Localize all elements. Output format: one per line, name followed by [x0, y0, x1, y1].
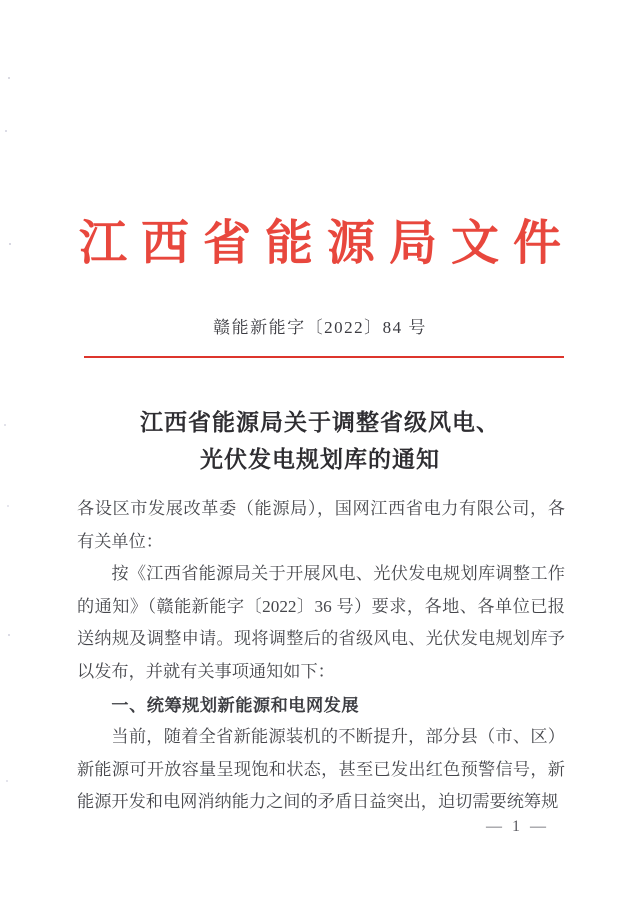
- paragraph-1: 按《江西省能源局关于开展风电、光伏发电规划库调整工作的通知》（赣能新能字〔202…: [77, 558, 565, 688]
- document-title-line1: 江西省能源局关于调整省级风电、: [0, 404, 640, 441]
- agency-banner: 江西省能源局文件: [0, 204, 640, 284]
- document-title-line2: 光伏发电规划库的通知: [0, 441, 640, 478]
- document-number: 赣能新能字〔2022〕84 号: [0, 316, 640, 340]
- section-heading-1: 一、统筹规划新能源和电网发展: [77, 689, 565, 722]
- red-divider: [84, 356, 564, 358]
- scan-noise: [0, 0, 2, 2]
- salutation: 各设区市发展改革委（能源局），国网江西省电力有限公司，各有关单位：: [77, 493, 565, 558]
- page-number: — 1 —: [486, 816, 549, 838]
- document-page: 江西省能源局文件 赣能新能字〔2022〕84 号 江西省能源局关于调整省级风电、…: [0, 0, 640, 904]
- paragraph-2: 当前，随着全省新能源装机的不断提升，部分县（市、区）新能源可开放容量呈现饱和状态…: [77, 721, 565, 819]
- document-body: 各设区市发展改革委（能源局），国网江西省电力有限公司，各有关单位： 按《江西省能…: [77, 493, 565, 819]
- document-title: 江西省能源局关于调整省级风电、 光伏发电规划库的通知: [0, 404, 640, 478]
